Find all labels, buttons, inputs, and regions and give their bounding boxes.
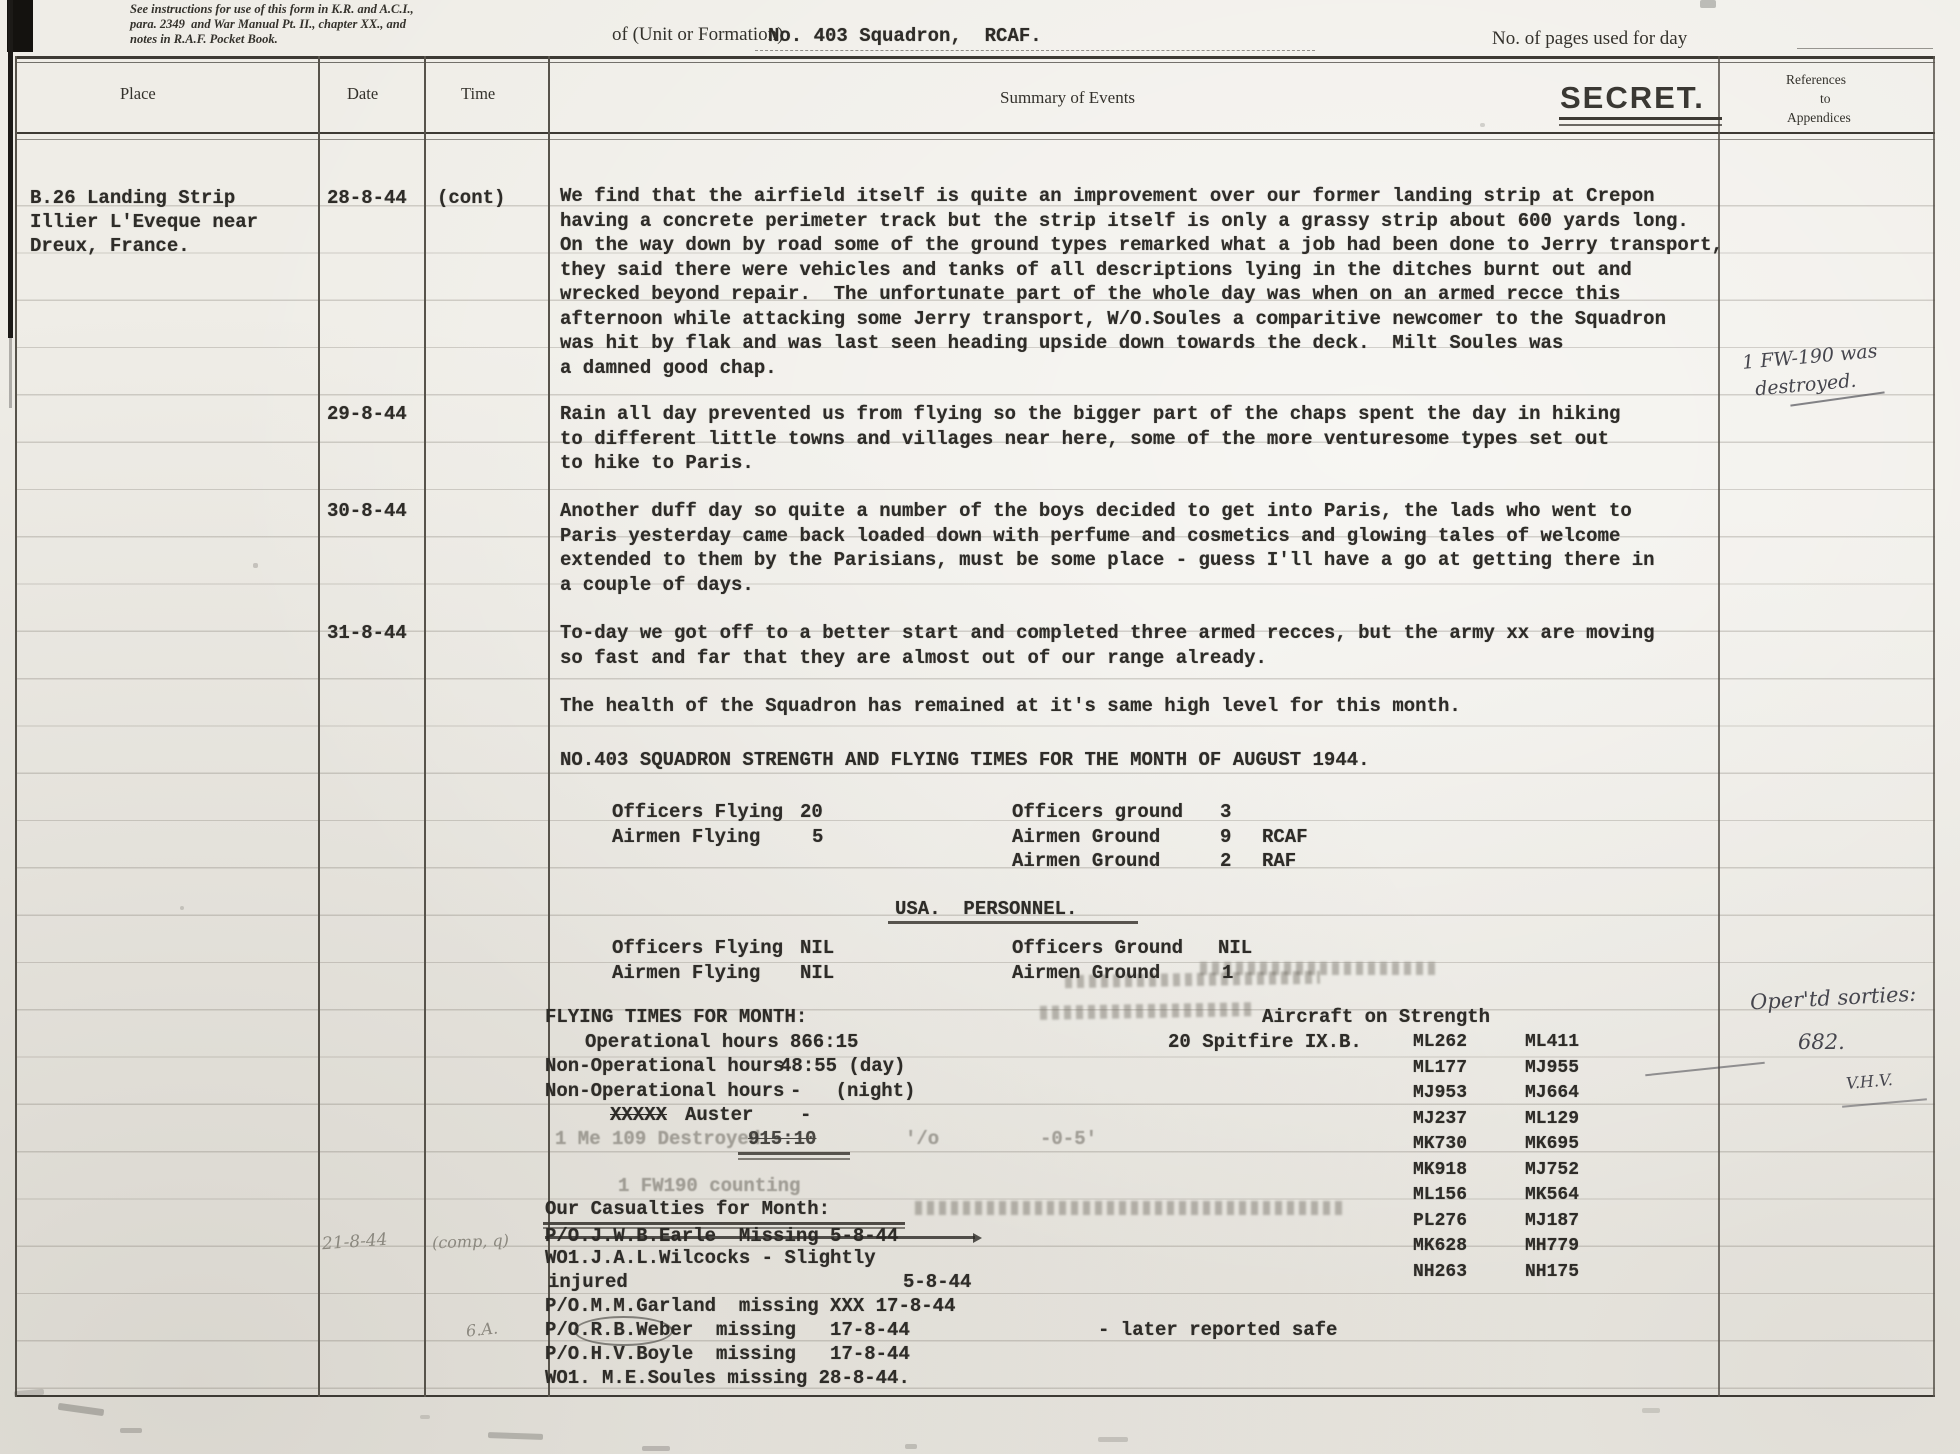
summary-line: a damned good chap. — [560, 356, 777, 381]
aircraft-serial: MJ664 — [1525, 1081, 1579, 1106]
times-label: Non-Operational hours — [545, 1079, 784, 1104]
summary-line: Paris yesterday came back loaded down wi… — [560, 524, 1620, 549]
ghost-fragment: '/o — [905, 1127, 939, 1152]
strength-label: Airmen Ground — [1012, 849, 1160, 874]
col-line-date-time — [424, 56, 426, 1397]
summary-line: a couple of days. — [560, 573, 754, 598]
aircraft-serial: ML411 — [1525, 1030, 1579, 1055]
summary-line: to hike to Paris. — [560, 451, 754, 476]
unit-value: No. 403 Squadron, RCAF. — [768, 24, 1042, 49]
aircraft-count: 20 Spitfire IX.B. — [1168, 1030, 1362, 1055]
col-header-time: Time — [461, 84, 495, 104]
summary-line: Another duff day so quite a number of th… — [560, 499, 1632, 524]
aircraft-serial: ML262 — [1413, 1030, 1467, 1055]
unit-label: of (Unit or Formation) — [612, 24, 784, 46]
total-underline-1 — [738, 1152, 850, 1155]
border-right — [1933, 56, 1935, 1397]
table-top-rule — [15, 56, 1935, 59]
place-line: Dreux, France. — [30, 234, 190, 259]
aircraft-serial: ML177 — [1413, 1056, 1467, 1081]
times-value: 48:55 (day) — [780, 1054, 905, 1079]
casualty-line: P/O.H.V.Boyle missing 17-8-44 — [545, 1342, 910, 1367]
usa-value: 1 — [1222, 961, 1233, 986]
usa-label: Officers Flying — [612, 936, 783, 961]
secret-stamp: SECRET. — [1560, 80, 1705, 116]
margin-handwriting-time: (comp, q) — [432, 1231, 510, 1253]
times-label: Operational hours — [585, 1030, 779, 1055]
form-instructions-line1: See instructions for use of this form in… — [130, 2, 414, 17]
scan-speck — [488, 1432, 543, 1440]
scan-speck — [420, 1415, 430, 1419]
aircraft-serial: MK564 — [1525, 1183, 1579, 1208]
ghost-claim-line: 1 FW190 counting — [618, 1174, 800, 1199]
aircraft-serial: NH263 — [1413, 1260, 1467, 1285]
ghost-fragment: -0-5' — [1040, 1127, 1097, 1152]
usa-label: Airmen Flying — [612, 961, 760, 986]
scan-edge-line-faint — [9, 338, 12, 408]
entry-date: 31-8-44 — [327, 621, 407, 646]
strength-value: 5 — [812, 825, 823, 850]
scan-edge-line — [8, 0, 13, 338]
summary-line: so fast and far that they are almost out… — [560, 646, 1267, 671]
place-line: Illier L'Eveque near — [30, 210, 258, 235]
pages-label: No. of pages used for day — [1492, 28, 1687, 50]
aircraft-serial: MJ955 — [1525, 1056, 1579, 1081]
strength-heading: NO.403 SQUADRON STRENGTH AND FLYING TIME… — [560, 748, 1370, 773]
faint-overprint — [915, 1201, 1345, 1215]
secret-underline-2 — [1559, 124, 1722, 126]
casualty-line: P/O.M.M.Garland missing XXX 17-8-44 — [545, 1294, 955, 1319]
col-header-date: Date — [347, 84, 378, 104]
scan-speck — [253, 563, 258, 568]
form-instructions-line2: para. 2349 and War Manual Pt. II., chapt… — [130, 17, 406, 32]
header-bottom-rule — [15, 132, 1935, 134]
usa-label: Officers Ground — [1012, 936, 1183, 961]
aircraft-serial: MJ187 — [1525, 1209, 1579, 1234]
times-value: 866:15 — [790, 1030, 858, 1055]
circled-initials — [574, 1316, 673, 1346]
summary-line: they said there were vehicles and tanks … — [560, 258, 1632, 283]
col-line-time-summary — [548, 56, 550, 1397]
scan-speck — [120, 1428, 142, 1433]
place-line: B.26 Landing Strip — [30, 186, 235, 211]
strength-label: Officers Flying — [612, 800, 783, 825]
orb-form-540-page: See instructions for use of this form in… — [0, 0, 1960, 1454]
scan-speck — [905, 1444, 917, 1449]
total-underline-2 — [738, 1158, 850, 1160]
secret-underline-1 — [1559, 117, 1722, 120]
usa-heading: USA. PERSONNEL. — [895, 897, 1077, 922]
strength-label: Airmen Ground — [1012, 825, 1160, 850]
summary-line: to different little towns and villages n… — [560, 427, 1609, 452]
col-header-summary: Summary of Events — [1000, 88, 1135, 108]
health-line: The health of the Squadron has remained … — [560, 694, 1461, 719]
times-heading: FLYING TIMES FOR MONTH: — [545, 1005, 807, 1030]
times-value: - — [800, 1103, 811, 1128]
scan-speck — [1480, 123, 1485, 127]
col-header-ref-3: Appendices — [1787, 110, 1851, 126]
summary-line: Rain all day prevented us from flying so… — [560, 402, 1620, 427]
usa-value: NIL — [800, 936, 834, 961]
handwritten-sorties-value: 682. — [1798, 1030, 1845, 1054]
usa-value: NIL — [1218, 936, 1252, 961]
table-bottom-rule — [15, 1395, 1935, 1397]
pages-underline — [1797, 48, 1933, 49]
col-header-ref-1: References — [1786, 72, 1846, 88]
aircraft-serial: MK730 — [1413, 1132, 1467, 1157]
scan-speck — [1098, 1437, 1128, 1442]
strength-value: 3 — [1220, 800, 1231, 825]
strength-value: 2 — [1220, 849, 1231, 874]
casualty-strike-arrow — [545, 1236, 975, 1239]
strength-value-suffix: RCAF — [1262, 825, 1308, 850]
aircraft-serial: PL276 — [1413, 1209, 1467, 1234]
margin-handwriting-mark: 6.A. — [465, 1318, 499, 1340]
col-header-place: Place — [120, 84, 156, 104]
ghost-total-struck: 915:10 — [748, 1127, 816, 1152]
aircraft-serial: MK695 — [1525, 1132, 1579, 1157]
scan-speck — [1700, 0, 1716, 8]
entry-time: (cont) — [437, 186, 505, 211]
strength-label: Officers ground — [1012, 800, 1183, 825]
summary-line: was hit by flak and was last seen headin… — [560, 331, 1563, 356]
aircraft-heading: Aircraft on Strength — [1262, 1005, 1490, 1030]
aircraft-serial: ML156 — [1413, 1183, 1467, 1208]
scan-speck — [180, 906, 184, 910]
summary-line: We find that the airfield itself is quit… — [560, 184, 1655, 209]
usa-value: NIL — [800, 961, 834, 986]
unit-underline — [755, 50, 1315, 51]
entry-date: 29-8-44 — [327, 402, 407, 427]
aircraft-serial: MK628 — [1413, 1234, 1467, 1259]
times-label-struck: XXXXX — [610, 1103, 667, 1128]
aircraft-serial: MJ752 — [1525, 1158, 1579, 1183]
times-value: - (night) — [790, 1079, 915, 1104]
summary-line: On the way down by road some of the grou… — [560, 233, 1723, 258]
times-label: Non-Operational hours — [545, 1054, 784, 1079]
col-line-place-date — [318, 56, 320, 1397]
casualties-heading: Our Casualties for Month: — [545, 1197, 830, 1222]
aircraft-serial: MJ953 — [1413, 1081, 1467, 1106]
summary-line: extended to them by the Parisians, must … — [560, 548, 1655, 573]
entry-date: 28-8-44 — [327, 186, 407, 211]
entry-date: 30-8-44 — [327, 499, 407, 524]
col-header-ref-2: to — [1820, 91, 1831, 107]
casualty-date: 5-8-44 — [903, 1270, 971, 1295]
aircraft-serial: MJ237 — [1413, 1107, 1467, 1132]
casualty-line: WO1. M.E.Soules missing 28-8-44. — [545, 1366, 910, 1391]
handwritten-initials: V.H.V. — [1845, 1070, 1893, 1093]
casualty-note: - later reported safe — [1098, 1318, 1337, 1343]
usa-label: Airmen Ground — [1012, 961, 1160, 986]
strength-value: 9 — [1220, 825, 1231, 850]
casualty-line: WO1.J.A.L.Wilcocks - Slightly — [545, 1246, 876, 1271]
summary-line: To-day we got off to a better start and … — [560, 621, 1655, 646]
strength-value: 20 — [800, 800, 823, 825]
summary-line: having a concrete perimeter track but th… — [560, 209, 1689, 234]
table-top-rule-2 — [15, 62, 1935, 63]
summary-line: wrecked beyond repair. The unfortunate p… — [560, 282, 1620, 307]
aircraft-serial: ML129 — [1525, 1107, 1579, 1132]
strength-value-suffix: RAF — [1262, 849, 1296, 874]
aircraft-serial: NH175 — [1525, 1260, 1579, 1285]
scan-speck — [58, 1403, 105, 1416]
scan-speck — [1642, 1408, 1660, 1413]
border-left — [15, 56, 17, 1397]
strength-label: Airmen Flying — [612, 825, 760, 850]
aircraft-serial: MK918 — [1413, 1158, 1467, 1183]
scan-speck — [642, 1446, 670, 1451]
header-bottom-rule-2 — [15, 139, 1935, 140]
casualty-line: injured — [548, 1270, 628, 1295]
times-label: Auster — [685, 1103, 753, 1128]
form-instructions-line3: notes in R.A.F. Pocket Book. — [130, 32, 278, 47]
summary-line: afternoon while attacking some Jerry tra… — [560, 307, 1666, 332]
aircraft-serial: MH779 — [1525, 1234, 1579, 1259]
